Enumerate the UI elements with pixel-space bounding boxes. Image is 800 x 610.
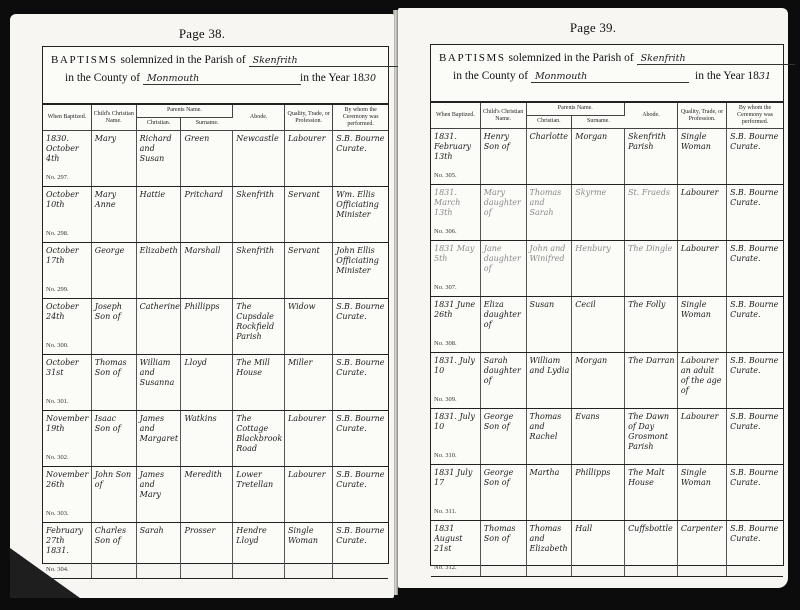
cell-text: Meredith bbox=[184, 470, 222, 479]
col-quality: Quality, Trade, or Profession. bbox=[677, 103, 726, 129]
cell-text: Susan bbox=[530, 300, 555, 309]
cell-surname: Meredith bbox=[181, 467, 233, 523]
cell-minister: John Ellis Officiating Minister bbox=[333, 243, 388, 299]
cell-abode: The Cupsdale Rockfield Parish bbox=[233, 299, 285, 355]
cell-quality: Single Woman bbox=[677, 465, 726, 521]
cell-text: The Malt House bbox=[628, 468, 665, 487]
cell-minister: S.B. Bourne Curate. bbox=[727, 185, 783, 241]
cell-text: S.B. Bourne Curate. bbox=[730, 468, 778, 487]
cell-date: October 17thNo. 299. bbox=[43, 243, 91, 299]
cell-text: Henry Son of bbox=[484, 132, 510, 151]
entry-number: No. 307. bbox=[434, 283, 457, 293]
cell-child: Thomas Son of bbox=[480, 521, 526, 577]
cell-text: S.B. Bourne Curate. bbox=[730, 132, 778, 151]
cell-text: S.B. Bourne Curate. bbox=[730, 300, 778, 319]
parish-field: Skenfrith bbox=[637, 53, 795, 65]
cell-abode: Skenfrith Parish bbox=[625, 129, 678, 185]
cell-text: Green bbox=[184, 134, 209, 143]
cell-parents-christian: William and Susanna bbox=[136, 355, 181, 411]
cell-surname: Phillipps bbox=[181, 299, 233, 355]
cell-parents-christian: Catherine bbox=[136, 299, 181, 355]
cell-text: 1831 July 17 bbox=[434, 468, 472, 487]
table-row: 1831 July 17No. 311.George Son ofMarthaP… bbox=[431, 465, 783, 521]
cell-abode: Cuffsbottle bbox=[625, 521, 678, 577]
baptism-register: BAPTISMS solemnized in the Parish of Ske… bbox=[430, 44, 784, 566]
cell-child: Henry Son of bbox=[480, 129, 526, 185]
book-corner-shadow bbox=[10, 548, 80, 598]
cell-minister: S.B. Bourne Curate. bbox=[727, 129, 783, 185]
cell-surname: Evans bbox=[572, 409, 625, 465]
register-heading: BAPTISMS solemnized in the Parish of Ske… bbox=[43, 47, 388, 105]
cell-minister: S.B. Bourne Curate. bbox=[727, 521, 783, 577]
cell-text: George Son of bbox=[484, 412, 514, 431]
cell-text: October 31st bbox=[46, 358, 79, 377]
cell-text: The Dingle bbox=[628, 244, 672, 253]
cell-quality: Single Woman bbox=[677, 129, 726, 185]
cell-child: John Son of bbox=[91, 467, 136, 523]
cell-text: October 24th bbox=[46, 302, 79, 321]
cell-text: Martha bbox=[530, 468, 560, 477]
col-parents-christian: Christian. bbox=[136, 117, 181, 130]
cell-quality: Carpenter bbox=[677, 521, 726, 577]
table-row: 1831 June 26thNo. 308.Eliza daughter ofS… bbox=[431, 297, 783, 353]
cell-text: John Ellis Officiating Minister bbox=[336, 246, 379, 275]
cell-text: Mary daughter of bbox=[484, 188, 521, 217]
cell-quality: Labourer bbox=[677, 241, 726, 297]
cell-text: Mary Anne bbox=[95, 190, 116, 209]
cell-minister: S.B. Bourne Curate. bbox=[333, 355, 388, 411]
cell-abode: The Dingle bbox=[625, 241, 678, 297]
cell-text: Eliza daughter of bbox=[484, 300, 521, 329]
cell-child: Mary daughter of bbox=[480, 185, 526, 241]
cell-child: Thomas Son of bbox=[91, 355, 136, 411]
cell-text: Miller bbox=[288, 358, 312, 367]
cell-text: Single Woman bbox=[681, 132, 711, 151]
cell-text: S.B. Bourne Curate. bbox=[336, 358, 384, 377]
entries: 1831. February 13thNo. 305.Henry Son ofC… bbox=[431, 129, 783, 577]
cell-text: Labourer an adult of the age of bbox=[681, 356, 722, 395]
cell-abode: The Cottage Blackbrook Road bbox=[233, 411, 285, 467]
cell-text: 1831. July 10 bbox=[434, 356, 475, 375]
year-label: in the Year 18 bbox=[300, 72, 364, 84]
col-child: Child's Christian Name. bbox=[480, 103, 526, 129]
cell-text: 1831 June 26th bbox=[434, 300, 475, 319]
col-parents: Parents Name. bbox=[136, 105, 233, 117]
table-row: October 24thNo. 300.Joseph Son ofCatheri… bbox=[43, 299, 388, 355]
cell-parents-christian: Martha bbox=[526, 465, 572, 521]
cell-date: 1831 June 26thNo. 308. bbox=[431, 297, 480, 353]
entry-number: No. 311. bbox=[434, 507, 456, 517]
year-field: 31 bbox=[759, 71, 771, 82]
cell-text: The Cottage Blackbrook Road bbox=[236, 414, 282, 453]
entries: 1830. October 4thNo. 297.MaryRichard and… bbox=[43, 131, 388, 579]
cell-date: 1831. July 10No. 309. bbox=[431, 353, 480, 409]
entry-number: No. 303. bbox=[46, 509, 69, 519]
entry-number: No. 300. bbox=[46, 341, 69, 351]
cell-parents-christian: Elizabeth bbox=[136, 243, 181, 299]
cell-text: The Folly bbox=[628, 300, 665, 309]
cell-text: Lloyd bbox=[184, 358, 206, 367]
cell-child: Eliza daughter of bbox=[480, 297, 526, 353]
col-parents: Parents Name. bbox=[526, 103, 625, 115]
cell-abode: The Mill House bbox=[233, 355, 285, 411]
cell-text: Richard and Susan bbox=[140, 134, 172, 163]
cell-text: Labourer bbox=[288, 414, 326, 423]
cell-text: Marshall bbox=[184, 246, 220, 255]
cell-surname: Skyrme bbox=[572, 185, 625, 241]
cell-text: Thomas and Rachel bbox=[530, 412, 562, 441]
cell-surname: Phillipps bbox=[572, 465, 625, 521]
cell-minister: S.B. Bourne Curate. bbox=[727, 241, 783, 297]
year-label: in the Year 18 bbox=[695, 70, 759, 82]
cell-text: Hattie bbox=[140, 190, 165, 199]
cell-minister: S.B. Bourne Curate. bbox=[727, 297, 783, 353]
cell-text: Phillipps bbox=[575, 468, 610, 477]
col-child: Child's Christian Name. bbox=[91, 105, 136, 131]
table-row: November 26thNo. 303.John Son ofJames an… bbox=[43, 467, 388, 523]
page-number: Page 39. bbox=[398, 20, 788, 36]
cell-child: Mary Anne bbox=[91, 187, 136, 243]
cell-abode: The Malt House bbox=[625, 465, 678, 521]
cell-quality: Miller bbox=[284, 355, 332, 411]
heading-title: BAPTISMS bbox=[51, 54, 118, 66]
col-quality: Quality, Trade, or Profession. bbox=[284, 105, 332, 131]
cell-text: S.B. Bourne Curate. bbox=[730, 524, 778, 543]
cell-text: S.B. Bourne Curate. bbox=[336, 414, 384, 433]
cell-abode: The Darran bbox=[625, 353, 678, 409]
cell-minister: S.B. Bourne Curate. bbox=[727, 465, 783, 521]
cell-quality: Labourer bbox=[284, 131, 332, 187]
cell-parents-christian: John and Winifred bbox=[526, 241, 572, 297]
cell-text: Morgan bbox=[575, 356, 607, 365]
cell-text: Skenfrith bbox=[236, 190, 274, 199]
cell-text: 1831 August 21st bbox=[434, 524, 463, 553]
cell-text: October 10th bbox=[46, 190, 79, 209]
entry-number: No. 308. bbox=[434, 339, 457, 349]
cell-child: Jane daughter of bbox=[480, 241, 526, 297]
entry-number: No. 298. bbox=[46, 229, 69, 239]
cell-date: November 19thNo. 302. bbox=[43, 411, 91, 467]
cell-parents-christian: James and Margaret bbox=[136, 411, 181, 467]
cell-surname: Watkins bbox=[181, 411, 233, 467]
cell-abode: The Dawn of Day Grosmont Parish bbox=[625, 409, 678, 465]
cell-text: Joseph Son of bbox=[95, 302, 122, 321]
cell-text: 1830. October 4th bbox=[46, 134, 79, 163]
cell-text: Pritchard bbox=[184, 190, 222, 199]
cell-text: 1831. February 13th bbox=[434, 132, 471, 161]
cell-text: Single Woman bbox=[681, 468, 711, 487]
heading-text: solemnized in the Parish of bbox=[508, 52, 633, 64]
table-row: 1831 May 5thNo. 307.Jane daughter ofJohn… bbox=[431, 241, 783, 297]
table-row: 1830. October 4thNo. 297.MaryRichard and… bbox=[43, 131, 388, 187]
entry-number: No. 306. bbox=[434, 227, 457, 237]
cell-quality: Labourer bbox=[284, 411, 332, 467]
cell-text: Jane daughter of bbox=[484, 244, 521, 273]
cell-text: Thomas Son of bbox=[95, 358, 127, 377]
col-when: When Baptized. bbox=[431, 103, 480, 129]
entry-number: No. 297. bbox=[46, 173, 69, 183]
cell-text: Single Woman bbox=[681, 300, 711, 319]
cell-minister: S.B. Bourne Curate. bbox=[333, 523, 388, 579]
col-abode: Abode. bbox=[625, 103, 678, 129]
cell-text: S.B. Bourne Curate. bbox=[336, 134, 384, 153]
col-parents-christian: Christian. bbox=[526, 115, 572, 128]
cell-text: S.B. Bourne Curate. bbox=[730, 412, 778, 431]
cell-child: Joseph Son of bbox=[91, 299, 136, 355]
cell-surname: Pritchard bbox=[181, 187, 233, 243]
cell-child: Mary bbox=[91, 131, 136, 187]
entry-number: No. 301. bbox=[46, 397, 69, 407]
cell-minister: S.B. Bourne Curate. bbox=[333, 411, 388, 467]
cell-text: Servant bbox=[288, 246, 320, 255]
cell-text: Cuffsbottle bbox=[628, 524, 673, 533]
cell-abode: Hendre Lloyd bbox=[233, 523, 285, 579]
cell-text: William and Susanna bbox=[140, 358, 175, 387]
cell-parents-christian: Charlotte bbox=[526, 129, 572, 185]
cell-surname: Hall bbox=[572, 521, 625, 577]
entry-number: No. 302. bbox=[46, 453, 69, 463]
heading-title: BAPTISMS bbox=[439, 52, 506, 64]
cell-text: Charlotte bbox=[530, 132, 568, 141]
cell-text: Wm. Ellis Officiating Minister bbox=[336, 190, 379, 219]
cell-text: Morgan bbox=[575, 132, 607, 141]
cell-text: St. Fraeds bbox=[628, 188, 670, 197]
cell-text: Mary bbox=[95, 134, 116, 143]
cell-text: S.B. Bourne Curate. bbox=[336, 302, 384, 321]
entry-number: No. 310. bbox=[434, 451, 457, 461]
cell-text: Hendre Lloyd bbox=[236, 526, 267, 545]
table-row: 1831. February 13thNo. 305.Henry Son ofC… bbox=[431, 129, 783, 185]
cell-text: Phillipps bbox=[184, 302, 219, 311]
cell-quality: Labourer bbox=[284, 467, 332, 523]
cell-date: November 26thNo. 303. bbox=[43, 467, 91, 523]
cell-parents-christian: Sarah bbox=[136, 523, 181, 579]
cell-text: Evans bbox=[575, 412, 599, 421]
cell-text: Skyrme bbox=[575, 188, 606, 197]
cell-text: S.B. Bourne Curate. bbox=[730, 356, 778, 375]
cell-date: 1831 May 5thNo. 307. bbox=[431, 241, 480, 297]
cell-date: 1831. July 10No. 310. bbox=[431, 409, 480, 465]
county-label: in the County of bbox=[65, 72, 140, 84]
cell-date: October 24thNo. 300. bbox=[43, 299, 91, 355]
cell-text: Newcastle bbox=[236, 134, 278, 143]
col-when: When Baptized. bbox=[43, 105, 91, 131]
cell-text: 1831. March 13th bbox=[434, 188, 460, 217]
cell-text: Catherine bbox=[140, 302, 180, 311]
page-number: Page 38. bbox=[10, 26, 394, 42]
register-heading: BAPTISMS solemnized in the Parish of Ske… bbox=[431, 45, 783, 103]
cell-minister: S.B. Bourne Curate. bbox=[333, 299, 388, 355]
cell-text: George bbox=[95, 246, 125, 255]
county-field: Monmouth bbox=[531, 71, 689, 83]
parish-field: Skenfrith bbox=[249, 55, 407, 67]
cell-text: Elizabeth bbox=[140, 246, 178, 255]
cell-surname: Morgan bbox=[572, 353, 625, 409]
cell-surname: Cecil bbox=[572, 297, 625, 353]
cell-text: 1831. July 10 bbox=[434, 412, 475, 431]
table-row: February 27th 1831.No. 304.Charles Son o… bbox=[43, 523, 388, 579]
cell-surname: Henbury bbox=[572, 241, 625, 297]
entry-number: No. 309. bbox=[434, 395, 457, 405]
cell-minister: S.B. Bourne Curate. bbox=[727, 353, 783, 409]
col-minister: By whom the Ceremony was performed. bbox=[333, 105, 388, 131]
cell-child: Isaac Son of bbox=[91, 411, 136, 467]
cell-date: 1831. March 13thNo. 306. bbox=[431, 185, 480, 241]
col-abode: Abode. bbox=[233, 105, 285, 131]
cell-quality: Labourer an adult of the age of bbox=[677, 353, 726, 409]
cell-parents-christian: Thomas and Elizabeth bbox=[526, 521, 572, 577]
cell-text: John Son of bbox=[95, 470, 131, 489]
cell-text: Lower Tretellan bbox=[236, 470, 273, 489]
cell-minister: Wm. Ellis Officiating Minister bbox=[333, 187, 388, 243]
cell-abode: The Folly bbox=[625, 297, 678, 353]
cell-minister: S.B. Bourne Curate. bbox=[727, 409, 783, 465]
table-row: 1831. March 13thNo. 306.Mary daughter of… bbox=[431, 185, 783, 241]
cell-text: John and Winifred bbox=[530, 244, 566, 263]
cell-abode: Skenfrith bbox=[233, 243, 285, 299]
cell-text: Henbury bbox=[575, 244, 610, 253]
cell-parents-christian: Thomas and Sarah bbox=[526, 185, 572, 241]
heading-text: solemnized in the Parish of bbox=[120, 54, 245, 66]
cell-text: James and Mary bbox=[140, 470, 164, 499]
cell-text: Cecil bbox=[575, 300, 595, 309]
cell-text: Skenfrith bbox=[236, 246, 274, 255]
cell-text: The Mill House bbox=[236, 358, 270, 377]
county-label: in the County of bbox=[453, 70, 528, 82]
cell-text: George Son of bbox=[484, 468, 514, 487]
cell-text: The Dawn of Day Grosmont Parish bbox=[628, 412, 669, 451]
cell-text: Sarah bbox=[140, 526, 164, 535]
cell-text: Single Woman bbox=[288, 526, 318, 545]
cell-text: Carpenter bbox=[681, 524, 723, 533]
cell-surname: Morgan bbox=[572, 129, 625, 185]
cell-text: Isaac Son of bbox=[95, 414, 121, 433]
cell-text: Thomas Son of bbox=[484, 524, 516, 543]
cell-text: S.B. Bourne Curate. bbox=[730, 244, 778, 263]
cell-quality: Labourer bbox=[677, 409, 726, 465]
cell-child: George Son of bbox=[480, 409, 526, 465]
cell-surname: Prosser bbox=[181, 523, 233, 579]
cell-abode: Skenfrith bbox=[233, 187, 285, 243]
col-parents-surname: Surname. bbox=[181, 117, 233, 130]
cell-quality: Servant bbox=[284, 243, 332, 299]
cell-text: William and Lydia bbox=[530, 356, 570, 375]
cell-text: James and Margaret bbox=[140, 414, 178, 443]
cell-text: Sarah daughter of bbox=[484, 356, 521, 385]
cell-abode: Newcastle bbox=[233, 131, 285, 187]
entry-number: No. 312. bbox=[434, 563, 457, 573]
entry-number: No. 305. bbox=[434, 171, 457, 181]
cell-child: Sarah daughter of bbox=[480, 353, 526, 409]
cell-text: S.B. Bourne Curate. bbox=[336, 526, 384, 545]
entry-number: No. 299. bbox=[46, 285, 69, 295]
cell-text: Skenfrith Parish bbox=[628, 132, 666, 151]
cell-text: October 17th bbox=[46, 246, 79, 265]
table-row: 1831. July 10No. 310.George Son ofThomas… bbox=[431, 409, 783, 465]
cell-text: Charles Son of bbox=[95, 526, 126, 545]
cell-minister: S.B. Bourne Curate. bbox=[333, 467, 388, 523]
cell-parents-christian: James and Mary bbox=[136, 467, 181, 523]
cell-parents-christian: Richard and Susan bbox=[136, 131, 181, 187]
cell-surname: Green bbox=[181, 131, 233, 187]
cell-parents-christian: Thomas and Rachel bbox=[526, 409, 572, 465]
cell-child: Charles Son of bbox=[91, 523, 136, 579]
cell-quality: Widow bbox=[284, 299, 332, 355]
cell-parents-christian: Susan bbox=[526, 297, 572, 353]
right-page: Page 39. BAPTISMS solemnized in the Pari… bbox=[398, 8, 788, 588]
left-page: Page 38. BAPTISMS solemnized in the Pari… bbox=[10, 14, 394, 598]
baptism-table: When Baptized. Child's Christian Name. P… bbox=[431, 103, 783, 577]
cell-child: George bbox=[91, 243, 136, 299]
cell-abode: Lower Tretellan bbox=[233, 467, 285, 523]
cell-text: Labourer bbox=[288, 470, 326, 479]
cell-parents-christian: William and Lydia bbox=[526, 353, 572, 409]
county-field: Monmouth bbox=[143, 73, 301, 85]
cell-text: Watkins bbox=[184, 414, 216, 423]
cell-surname: Marshall bbox=[181, 243, 233, 299]
cell-quality: Labourer bbox=[677, 185, 726, 241]
table-row: October 10thNo. 298.Mary AnneHattiePritc… bbox=[43, 187, 388, 243]
cell-date: 1830. October 4thNo. 297. bbox=[43, 131, 91, 187]
cell-text: The Darran bbox=[628, 356, 675, 365]
table-row: October 17thNo. 299.GeorgeElizabethMarsh… bbox=[43, 243, 388, 299]
cell-quality: Single Woman bbox=[284, 523, 332, 579]
cell-quality: Servant bbox=[284, 187, 332, 243]
table-row: 1831. July 10No. 309.Sarah daughter ofWi… bbox=[431, 353, 783, 409]
year-field: 30 bbox=[364, 73, 376, 84]
cell-text: S.B. Bourne Curate. bbox=[336, 470, 384, 489]
cell-child: George Son of bbox=[480, 465, 526, 521]
cell-text: The Cupsdale Rockfield Parish bbox=[236, 302, 274, 341]
cell-text: November 19th bbox=[46, 414, 88, 433]
cell-text: Prosser bbox=[184, 526, 215, 535]
table-row: November 19thNo. 302.Isaac Son ofJames a… bbox=[43, 411, 388, 467]
cell-date: 1831 August 21stNo. 312. bbox=[431, 521, 480, 577]
cell-minister: S.B. Bourne Curate. bbox=[333, 131, 388, 187]
cell-text: November 26th bbox=[46, 470, 88, 489]
cell-text: Labourer bbox=[288, 134, 326, 143]
cell-text: Hall bbox=[575, 524, 592, 533]
col-minister: By whom the Ceremony was performed. bbox=[727, 103, 783, 129]
table-row: October 31stNo. 301.Thomas Son ofWilliam… bbox=[43, 355, 388, 411]
cell-text: Labourer bbox=[681, 188, 719, 197]
table-row: 1831 August 21stNo. 312.Thomas Son ofTho… bbox=[431, 521, 783, 577]
cell-abode: St. Fraeds bbox=[625, 185, 678, 241]
baptism-table: When Baptized. Child's Christian Name. P… bbox=[43, 105, 388, 579]
baptism-register: BAPTISMS solemnized in the Parish of Ske… bbox=[42, 46, 389, 564]
cell-text: 1831 May 5th bbox=[434, 244, 474, 263]
cell-date: 1831. February 13thNo. 305. bbox=[431, 129, 480, 185]
cell-text: S.B. Bourne Curate. bbox=[730, 188, 778, 207]
cell-text: Thomas and Sarah bbox=[530, 188, 562, 217]
cell-text: Thomas and Elizabeth bbox=[530, 524, 568, 553]
cell-parents-christian: Hattie bbox=[136, 187, 181, 243]
col-parents-surname: Surname. bbox=[572, 115, 625, 128]
cell-surname: Lloyd bbox=[181, 355, 233, 411]
cell-text: Servant bbox=[288, 190, 320, 199]
cell-text: Widow bbox=[288, 302, 315, 311]
cell-date: 1831 July 17No. 311. bbox=[431, 465, 480, 521]
cell-date: October 10thNo. 298. bbox=[43, 187, 91, 243]
cell-text: Labourer bbox=[681, 244, 719, 253]
cell-text: Labourer bbox=[681, 412, 719, 421]
cell-date: October 31stNo. 301. bbox=[43, 355, 91, 411]
cell-quality: Single Woman bbox=[677, 297, 726, 353]
